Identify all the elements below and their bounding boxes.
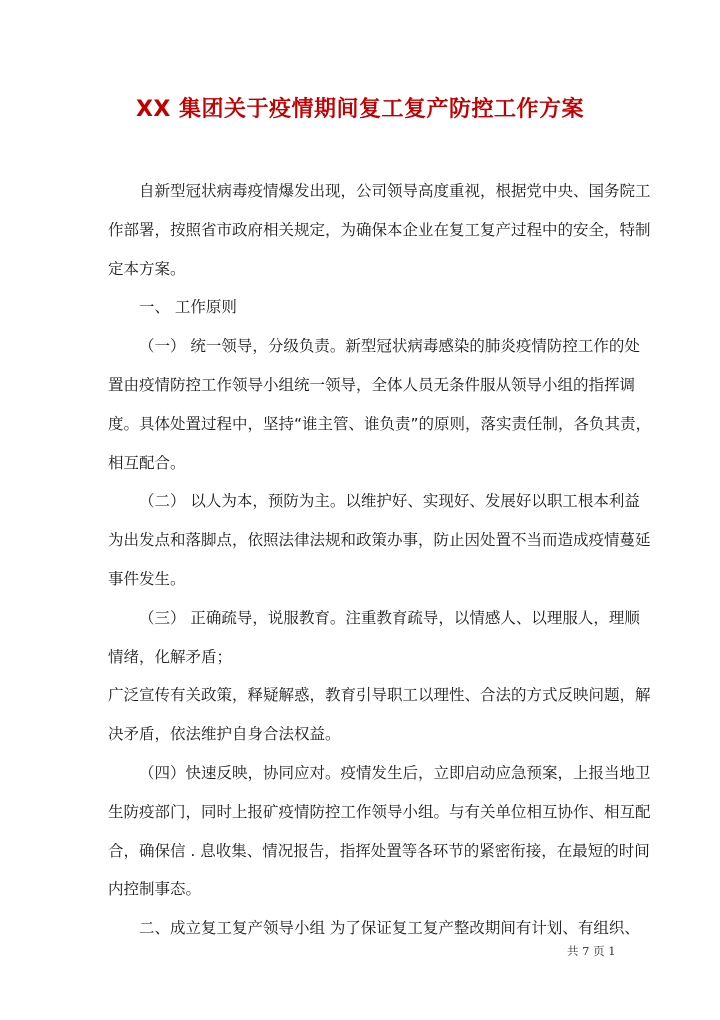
principle-3-line-4: 决矛盾，依法维护自身合法权益。 bbox=[108, 715, 616, 754]
principle-4-line-1: （四）快速反映，协同应对。疫情发生后，立即启动应急预案，上报当地卫 bbox=[108, 754, 616, 793]
principle-1-line-1: （一） 统一领导，分级负责。新型冠状病毒感染的肺炎疫情防控工作的处 bbox=[108, 327, 616, 366]
document-page: XX 集团关于疫情期间复工复产防控工作方案 自新型冠状病毒疫情爆发出现，公司领导… bbox=[0, 0, 720, 1020]
paragraph-intro-line-3: 定本方案。 bbox=[108, 250, 616, 289]
principle-2-line-3: 事件发生。 bbox=[108, 560, 616, 599]
document-body: 自新型冠状病毒疫情爆发出现，公司领导高度重视，根据党中央、国务院工 作部署，按照… bbox=[108, 172, 616, 948]
principle-1-line-2: 置由疫情防控工作领导小组统一领导，全体人员无条件服从领导小组的指挥调 bbox=[108, 366, 616, 405]
principle-2-line-1: （二） 以人为本，预防为主。以维护好、实现好、发展好以职工根本利益 bbox=[108, 482, 616, 521]
page-footer-page-number: 共 7 页 1 bbox=[567, 943, 616, 959]
principle-3-line-2: 情绪，化解矛盾； bbox=[108, 638, 616, 677]
principle-2-line-2: 为出发点和落脚点，依照法律法规和政策办事，防止因处置不当而造成疫情蔓延 bbox=[108, 521, 616, 560]
section-heading-leadership-group: 二、成立复工复产领导小组 为了保证复工复产整改期间有计划、有组织、 bbox=[108, 909, 616, 948]
principle-4-line-3: 合，确保信 . 息收集、情况报告，指挥处置等各环节的紧密衔接，在最短的时间 bbox=[108, 832, 616, 871]
paragraph-intro-line-1: 自新型冠状病毒疫情爆发出现，公司领导高度重视，根据党中央、国务院工 bbox=[108, 172, 616, 211]
principle-3-line-1: （三） 正确疏导，说服教育。注重教育疏导，以情感人、以理服人，理顺 bbox=[108, 599, 616, 638]
principle-1-line-4: 相互配合。 bbox=[108, 444, 616, 483]
paragraph-intro-line-2: 作部署，按照省市政府相关规定，为确保本企业在复工复产过程中的安全，特制 bbox=[108, 211, 616, 250]
principle-3-line-3: 广泛宣传有关政策，释疑解惑，教育引导职工以理性、合法的方式反映问题，解 bbox=[108, 676, 616, 715]
principle-4-line-2: 生防疫部门，同时上报矿疫情防控工作领导小组。与有关单位相互协作、相互配 bbox=[108, 793, 616, 832]
principle-4-line-4: 内控制事态。 bbox=[108, 870, 616, 909]
principle-1-line-3: 度。具体处置过程中，坚持“谁主管、谁负责”的原则，落实责任制，各负其责， bbox=[108, 405, 616, 444]
document-title: XX 集团关于疫情期间复工复产防控工作方案 bbox=[0, 92, 720, 123]
section-heading-principles: 一、 工作原则 bbox=[108, 288, 616, 327]
